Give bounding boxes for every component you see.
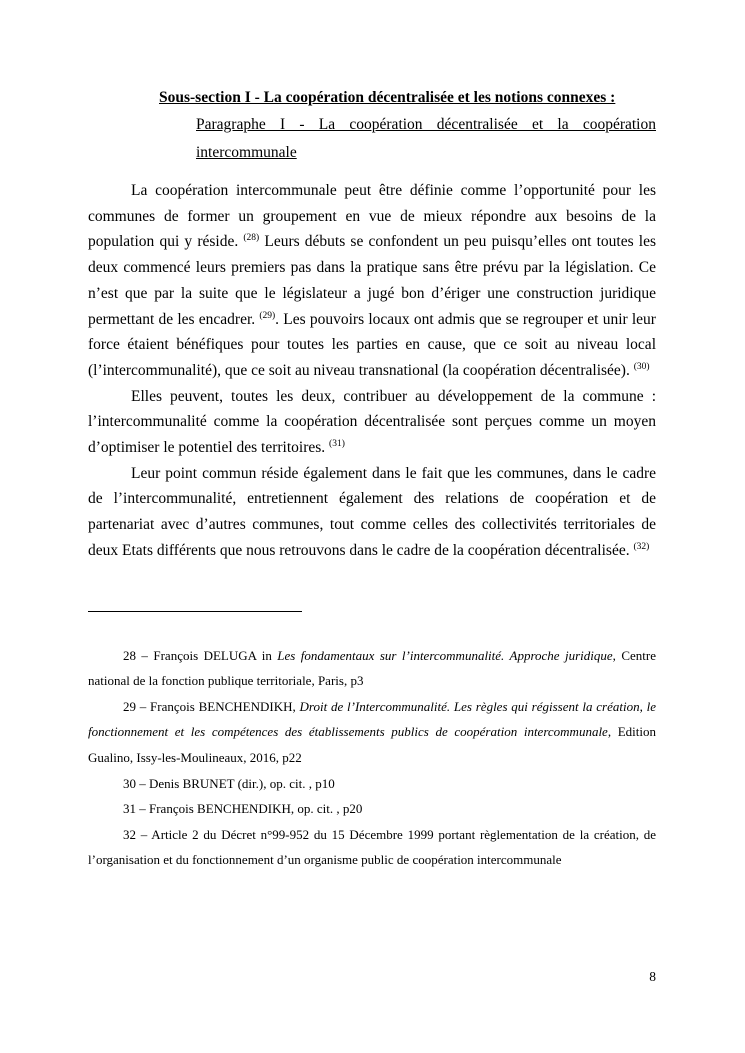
footnote-28-text-before: 28 – François DELUGA in xyxy=(123,648,277,663)
footnote-29: 29 – François BENCHENDIKH, Droit de l’In… xyxy=(88,694,656,771)
body-paragraph-2-text: Elles peuvent, toutes les deux, contribu… xyxy=(88,388,656,456)
paragraph-heading-line-2: intercommunale xyxy=(196,139,656,167)
footnote-30-text: 30 – Denis BRUNET (dir.), op. cit. , p10 xyxy=(123,776,335,791)
footnote-28-title-italic: Les fondamentaux sur l’intercommunalité.… xyxy=(277,648,612,663)
footnotes-section: 28 – François DELUGA in Les fondamentaux… xyxy=(88,643,656,873)
paragraph-heading-line-1: Paragraphe I - La coopération décentrali… xyxy=(196,111,656,139)
body-paragraph-3: Leur point commun réside également dans … xyxy=(88,461,656,564)
paragraph-heading-line-1-text: Paragraphe I - La coopération décentrali… xyxy=(196,116,656,133)
footnote-ref-30: (30) xyxy=(634,362,650,372)
paragraph-heading-line-2-text: intercommunale xyxy=(196,144,297,161)
footnote-29-text-before: 29 – François BENCHENDIKH, xyxy=(123,699,300,714)
footnote-separator xyxy=(88,611,302,612)
footnote-ref-32: (32) xyxy=(633,542,649,552)
footnote-30: 30 – Denis BRUNET (dir.), op. cit. , p10 xyxy=(88,771,656,797)
body-paragraph-2: Elles peuvent, toutes les deux, contribu… xyxy=(88,384,656,461)
footnote-31-text: 31 – François BENCHENDIKH, op. cit. , p2… xyxy=(123,801,362,816)
subsection-heading: Sous-section I - La coopération décentra… xyxy=(159,85,656,111)
footnote-32: 32 – Article 2 du Décret n°99-952 du 15 … xyxy=(88,822,656,873)
page-number: 8 xyxy=(88,969,656,985)
footnote-ref-31: (31) xyxy=(329,439,345,449)
footnote-ref-28: (28) xyxy=(243,233,259,243)
footnote-28: 28 – François DELUGA in Les fondamentaux… xyxy=(88,643,656,694)
footnote-ref-29: (29) xyxy=(259,310,275,320)
footnote-32-text: 32 – Article 2 du Décret n°99-952 du 15 … xyxy=(88,827,656,868)
subsection-heading-text: Sous-section I - La coopération décentra… xyxy=(159,89,615,106)
paragraph-heading: Paragraphe I - La coopération décentrali… xyxy=(196,111,656,167)
document-page: Sous-section I - La coopération décentra… xyxy=(0,0,745,1053)
body-paragraph-1: La coopération intercommunale peut être … xyxy=(88,178,656,384)
page-content: Sous-section I - La coopération décentra… xyxy=(88,85,656,873)
body-paragraph-3-text: Leur point commun réside également dans … xyxy=(88,465,656,559)
footnote-31: 31 – François BENCHENDIKH, op. cit. , p2… xyxy=(88,796,656,822)
